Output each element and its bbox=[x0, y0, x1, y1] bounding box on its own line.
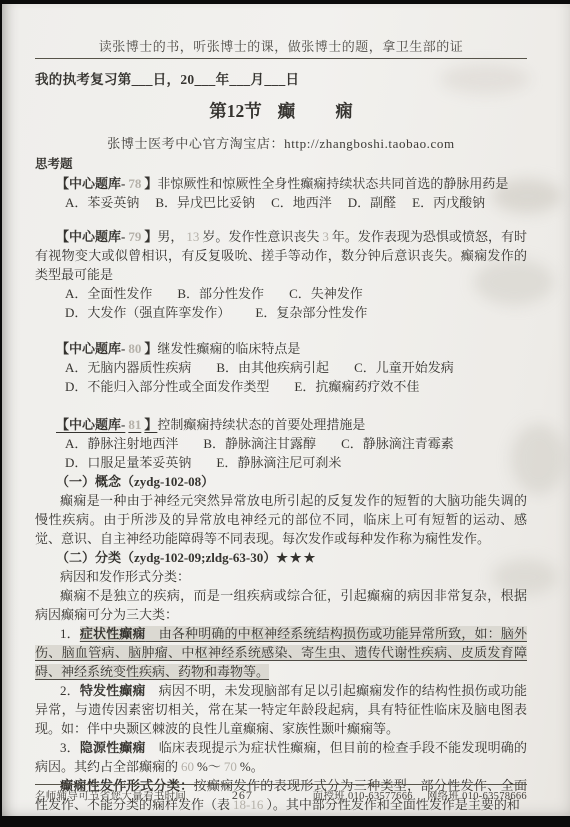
item-number: 2． bbox=[60, 683, 80, 698]
tag-close: 】 bbox=[144, 341, 157, 356]
option-b: B．异戊巴比妥钠 bbox=[155, 193, 255, 212]
question-stem: 【中心题库-79】男，13岁。发作性意识丧失3年。发作表现为恐惧或愤怒，有时有视… bbox=[35, 227, 527, 284]
question-tag: 【中心题库-78】 bbox=[56, 176, 157, 191]
stem-text: 继发性癫痫的临床特点是 bbox=[157, 341, 300, 356]
item-text-tail: %。 bbox=[240, 759, 264, 774]
question-number: 79 bbox=[125, 229, 144, 244]
tag-open: 【中心题库- bbox=[56, 176, 125, 191]
patient-age: 13 bbox=[183, 229, 202, 244]
question-tag-underlined: 【中心题库-81】 bbox=[56, 417, 157, 432]
question-78: 【中心题库-78】非惊厥性和惊厥性全身性癫痫持续状态共同首选的静脉用药是 A．苯… bbox=[35, 174, 527, 212]
header-rule bbox=[35, 58, 527, 59]
item-number: 3． bbox=[60, 740, 80, 755]
stem-text: 控制癫痫持续状态的首要处理措施是 bbox=[157, 417, 365, 432]
question-80: 【中心题库-80】继发性癫痫的临床特点是 A．无脑内器质性疾病 B．由其他疾病引… bbox=[35, 339, 527, 396]
question-79: 【中心题库-79】男，13岁。发作性意识丧失3年。发作表现为恐惧或愤怒，有时有视… bbox=[35, 227, 527, 322]
classification-item-1: 1．症状性癫痫 由各种明确的中枢神经系统结构损伤或功能异常所致，如：脑外伤、脑血… bbox=[35, 624, 527, 681]
stem-text: 非惊厥性和惊厥性全身性癫痫持续状态共同首选的静脉用药是 bbox=[157, 176, 508, 191]
percentage-separator: %～ bbox=[197, 759, 221, 774]
question-number: 78 bbox=[125, 176, 144, 191]
footer-slogan: 名师辅导可节省您大量看书时间 bbox=[35, 788, 186, 803]
header-slogan: 读张博士的书，听张博士的课，做张博士的题，拿卫生部的证 bbox=[35, 37, 527, 56]
option-a: A．静脉注射地西泮 bbox=[65, 434, 178, 453]
option-e: E．静脉滴注尼可刹米 bbox=[216, 453, 341, 472]
percentage-high: 70 bbox=[221, 759, 240, 774]
item-number: 1． bbox=[60, 626, 80, 641]
question-tag: 【中心题库-79】 bbox=[56, 229, 157, 244]
percentage-low: 60 bbox=[178, 759, 197, 774]
review-fill-in-line: 我的执考复习第___日，20___年___月___日 bbox=[35, 70, 527, 89]
option-b: B．部分性发作 bbox=[177, 284, 264, 303]
section-title-char1: 癫 bbox=[278, 101, 296, 121]
tag-open: 【中心题库- bbox=[56, 417, 125, 432]
store-url: http://zhangboshi.taobao.com bbox=[284, 136, 455, 151]
section-title: 第12节癫痫 bbox=[35, 98, 527, 124]
page-number: 267 bbox=[232, 788, 253, 803]
item-title: 特发性癫痫 bbox=[80, 683, 146, 698]
question-tag: 【中心题库-80】 bbox=[56, 341, 157, 356]
classification-item-3: 3．隐源性癫痫 临床表现提示为症状性癫痫，但目前的检查手段不能发现明确的病因。其… bbox=[35, 738, 527, 776]
question-number: 80 bbox=[125, 341, 144, 356]
importance-stars: ★★★ bbox=[276, 550, 317, 565]
question-number: 81 bbox=[125, 417, 144, 432]
section-title-prefix: 第12节 bbox=[209, 101, 262, 121]
store-line: 张博士医考中心官方淘宝店：http://zhangboshi.taobao.co… bbox=[35, 134, 527, 153]
option-d: D．副醛 bbox=[348, 193, 396, 212]
stem-text: 岁。发作性意识丧失 bbox=[202, 229, 319, 244]
classification-lead: 病因和发作形式分类： bbox=[35, 567, 527, 586]
option-c: C．地西泮 bbox=[271, 193, 332, 212]
option-a: A．苯妥英钠 bbox=[65, 193, 139, 212]
option-c: C．儿童开始发病 bbox=[354, 358, 454, 377]
page-footer: 名师辅导可节省您大量看书时间 267 面授班 010-63577666网络班 0… bbox=[35, 784, 527, 803]
footer-phones: 面授班 010-63577666网络班 010-63578666 bbox=[299, 788, 527, 803]
option-e: E．复杂部分性发作 bbox=[255, 303, 367, 322]
option-e: E．抗癫痫药疗效不佳 bbox=[294, 377, 419, 396]
option-c: C．失神发作 bbox=[289, 284, 363, 303]
options-line: A．全面性发作 B．部分性发作 C．失神发作 bbox=[65, 284, 527, 303]
option-a: A．全面性发作 bbox=[65, 284, 152, 303]
options-line: A．静脉注射地西泮 B．静脉滴注甘露醇 C．静脉滴注青霉素 bbox=[65, 434, 527, 453]
tag-close: 】 bbox=[144, 176, 157, 191]
option-e: E．丙戊酸钠 bbox=[412, 193, 485, 212]
tag-open: 【中心题库- bbox=[56, 341, 125, 356]
tag-close: 】 bbox=[144, 417, 157, 432]
option-b: B．静脉滴注甘露醇 bbox=[203, 434, 316, 453]
scanned-page: 读张博士的书，听张博士的课，做张博士的题，拿卫生部的证 我的执考复习第___日，… bbox=[0, 0, 570, 827]
option-b: B．由其他疾病引起 bbox=[216, 358, 329, 377]
option-d: D．不能归入部分性或全面发作类型 bbox=[65, 377, 269, 396]
onsite-class-phone: 面授班 010-63577666 bbox=[313, 791, 413, 802]
item-title: 隐源性癫痫 bbox=[80, 740, 146, 755]
question-stem: 【中心题库-81】控制癫痫持续状态的首要处理措施是 bbox=[35, 415, 527, 434]
option-a: A．无脑内器质性疾病 bbox=[65, 358, 191, 377]
options-line: A．无脑内器质性疾病 B．由其他疾病引起 C．儿童开始发病 bbox=[65, 358, 527, 377]
page-content: 读张博士的书，听张博士的课，做张博士的题，拿卫生部的证 我的执考复习第___日，… bbox=[35, 4, 527, 814]
options-line: D．不能归入部分性或全面发作类型 E．抗癫痫药疗效不佳 bbox=[65, 377, 527, 396]
concept-heading: （一）概念（zydg-102-08） bbox=[35, 472, 527, 491]
classification-intro: 癫痫不是独立的疾病，而是一组疾病或综合征，引起癫痫的病因非常复杂，根据病因癫痫可… bbox=[35, 586, 527, 624]
options-line: D．大发作（强直阵挛发作） E．复杂部分性发作 bbox=[65, 303, 527, 322]
options-line: A．苯妥英钠 B．异戊巴比妥钠 C．地西泮 D．副醛 E．丙戊酸钠 bbox=[65, 193, 527, 212]
classification-heading: （二）分类（zydg-102-09;zldg-63-30）★★★ bbox=[35, 548, 527, 567]
stem-text: 男， bbox=[157, 229, 183, 244]
duration-years: 3 bbox=[319, 229, 332, 244]
option-d: D．大发作（强直阵挛发作） bbox=[65, 303, 230, 322]
think-questions-label: 思考题 bbox=[35, 155, 527, 174]
question-stem: 【中心题库-78】非惊厥性和惊厥性全身性癫痫持续状态共同首选的静脉用药是 bbox=[35, 174, 527, 193]
highlighted-text: 症状性癫痫 由各种明确的中枢神经系统结构损伤或功能异常所致，如：脑外伤、脑血管病… bbox=[35, 626, 527, 679]
question-81: 【中心题库-81】控制癫痫持续状态的首要处理措施是 A．静脉注射地西泮 B．静脉… bbox=[35, 415, 527, 472]
classification-heading-text: （二）分类（zydg-102-09;zldg-63-30） bbox=[56, 550, 276, 565]
options-line: D．口服足量苯妥英钠 E．静脉滴注尼可刹米 bbox=[65, 453, 527, 472]
classification-item-2: 2．特发性癫痫 病因不明，未发现脑部有足以引起癫痫发作的结构性损伤或功能异常，与… bbox=[35, 681, 527, 738]
question-stem: 【中心题库-80】继发性癫痫的临床特点是 bbox=[35, 339, 527, 358]
store-label: 张博士医考中心官方淘宝店： bbox=[107, 136, 284, 151]
paper: 读张博士的书，听张博士的课，做张博士的题，拿卫生部的证 我的执考复习第___日，… bbox=[2, 4, 570, 816]
section-title-char2: 痫 bbox=[335, 101, 353, 121]
concept-paragraph: 癫痫是一种由于神经元突然异常放电所引起的反复发作的短暂的大脑功能失调的慢性疾病。… bbox=[35, 491, 527, 548]
tag-open: 【中心题库- bbox=[56, 229, 125, 244]
option-d: D．口服足量苯妥英钠 bbox=[65, 453, 191, 472]
option-c: C．静脉滴注青霉素 bbox=[341, 434, 454, 453]
tag-close: 】 bbox=[144, 229, 157, 244]
online-class-phone: 网络班 010-63578666 bbox=[427, 791, 527, 802]
item-title: 症状性癫痫 bbox=[80, 626, 146, 641]
